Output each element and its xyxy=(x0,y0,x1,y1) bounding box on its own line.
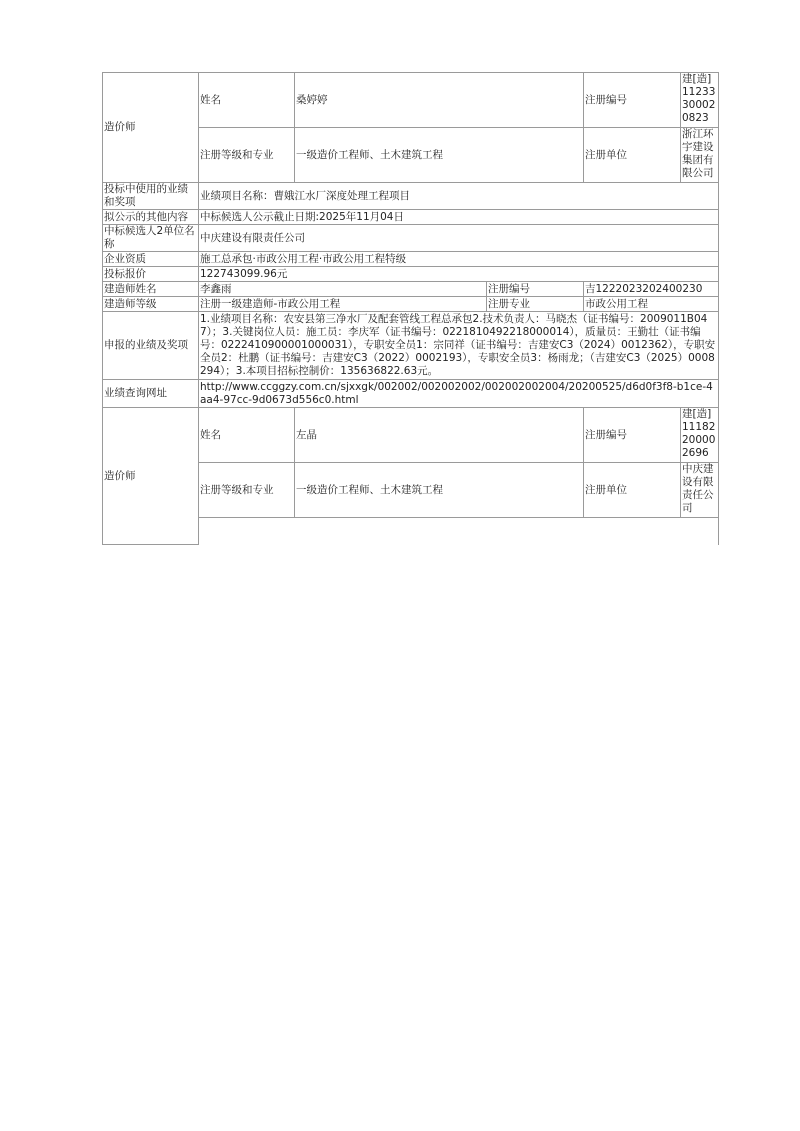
qualification-row: 企业资质 施工总承包·市政公用工程·市政公用工程特级 xyxy=(103,252,719,267)
candidate-value: 中庆建设有限责任公司 xyxy=(199,225,719,252)
constructor-reg-no: 吉1222023202400230 xyxy=(584,282,719,297)
reg-no-label: 注册编号 xyxy=(584,408,681,463)
performance-label: 投标中使用的业绩和奖项 xyxy=(103,183,199,210)
other-content-label: 拟公示的其他内容 xyxy=(103,210,199,225)
other-content-value: 中标候选人公示截止日期:2025年11月04日 xyxy=(199,210,719,225)
cost-engineer-1-unit: 浙江环宇建设集团有限公司 xyxy=(681,128,719,183)
cost-engineer-2-name-row: 造价师 姓名 左晶 注册编号 建[造]11182200002696 xyxy=(103,408,719,463)
declared-performance-label: 申报的业绩及奖项 xyxy=(103,312,199,380)
constructor-level: 注册一级建造师-市政公用工程 xyxy=(199,297,487,312)
query-url-value[interactable]: http://www.ccggzy.com.cn/sjxxgk/002002/0… xyxy=(199,380,719,408)
cost-engineer-1-level: 一级造价工程师、土木建筑工程 xyxy=(295,128,584,183)
constructor-specialty: 市政公用工程 xyxy=(584,297,719,312)
cost-engineer-2-level: 一级造价工程师、土木建筑工程 xyxy=(295,463,584,518)
constructor-name-row: 建造师姓名 李鑫雨 注册编号 吉1222023202400230 xyxy=(103,282,719,297)
empty-cell xyxy=(199,518,719,545)
qualification-label: 企业资质 xyxy=(103,252,199,267)
name-label: 姓名 xyxy=(199,73,295,128)
constructor-reg-no-label: 注册编号 xyxy=(487,282,584,297)
cost-engineer-1-name: 桑婷婷 xyxy=(295,73,584,128)
level-label: 注册等级和专业 xyxy=(199,463,295,518)
qualification-value: 施工总承包·市政公用工程·市政公用工程特级 xyxy=(199,252,719,267)
bid-price-label: 投标报价 xyxy=(103,267,199,282)
name-label: 姓名 xyxy=(199,408,295,463)
query-url-row: 业绩查询网址 http://www.ccggzy.com.cn/sjxxgk/0… xyxy=(103,380,719,408)
bid-price-row: 投标报价 122743099.96元 xyxy=(103,267,719,282)
performance-row: 投标中使用的业绩和奖项 业绩项目名称：曹娥江水厂深度处理工程项目 xyxy=(103,183,719,210)
unit-label: 注册单位 xyxy=(584,463,681,518)
constructor-level-row: 建造师等级 注册一级建造师-市政公用工程 注册专业 市政公用工程 xyxy=(103,297,719,312)
constructor-name: 李鑫雨 xyxy=(199,282,487,297)
constructor-name-label: 建造师姓名 xyxy=(103,282,199,297)
constructor-level-label: 建造师等级 xyxy=(103,297,199,312)
bid-candidate-document: 造价师 姓名 桑婷婷 注册编号 建[造]11233300020823 注册等级和… xyxy=(102,72,718,545)
other-content-row: 拟公示的其他内容 中标候选人公示截止日期:2025年11月04日 xyxy=(103,210,719,225)
cost-engineer-2-reg-no: 建[造]11182200002696 xyxy=(681,408,719,463)
cost-engineer-2-name: 左晶 xyxy=(295,408,584,463)
cost-engineer-2-unit: 中庆建设有限责任公司 xyxy=(681,463,719,518)
performance-value: 业绩项目名称：曹娥江水厂深度处理工程项目 xyxy=(199,183,719,210)
constructor-specialty-label: 注册专业 xyxy=(487,297,584,312)
bid-price-value: 122743099.96元 xyxy=(199,267,719,282)
declared-performance-value: 1.业绩项目名称：农安县第三净水厂及配套管线工程总承包2.技术负责人：马晓杰（证… xyxy=(199,312,719,380)
cost-engineer-1-name-row: 造价师 姓名 桑婷婷 注册编号 建[造]11233300020823 xyxy=(103,73,719,128)
candidate-row: 中标候选人2单位名称 中庆建设有限责任公司 xyxy=(103,225,719,252)
cost-engineer-1-section-label: 造价师 xyxy=(103,73,199,183)
cost-engineer-1-reg-no: 建[造]11233300020823 xyxy=(681,73,719,128)
candidate-info-table: 造价师 姓名 桑婷婷 注册编号 建[造]11233300020823 注册等级和… xyxy=(102,72,719,545)
query-url-label: 业绩查询网址 xyxy=(103,380,199,408)
declared-performance-row: 申报的业绩及奖项 1.业绩项目名称：农安县第三净水厂及配套管线工程总承包2.技术… xyxy=(103,312,719,380)
candidate-label: 中标候选人2单位名称 xyxy=(103,225,199,252)
unit-label: 注册单位 xyxy=(584,128,681,183)
cost-engineer-2-section-label: 造价师 xyxy=(103,408,199,545)
level-label: 注册等级和专业 xyxy=(199,128,295,183)
reg-no-label: 注册编号 xyxy=(584,73,681,128)
